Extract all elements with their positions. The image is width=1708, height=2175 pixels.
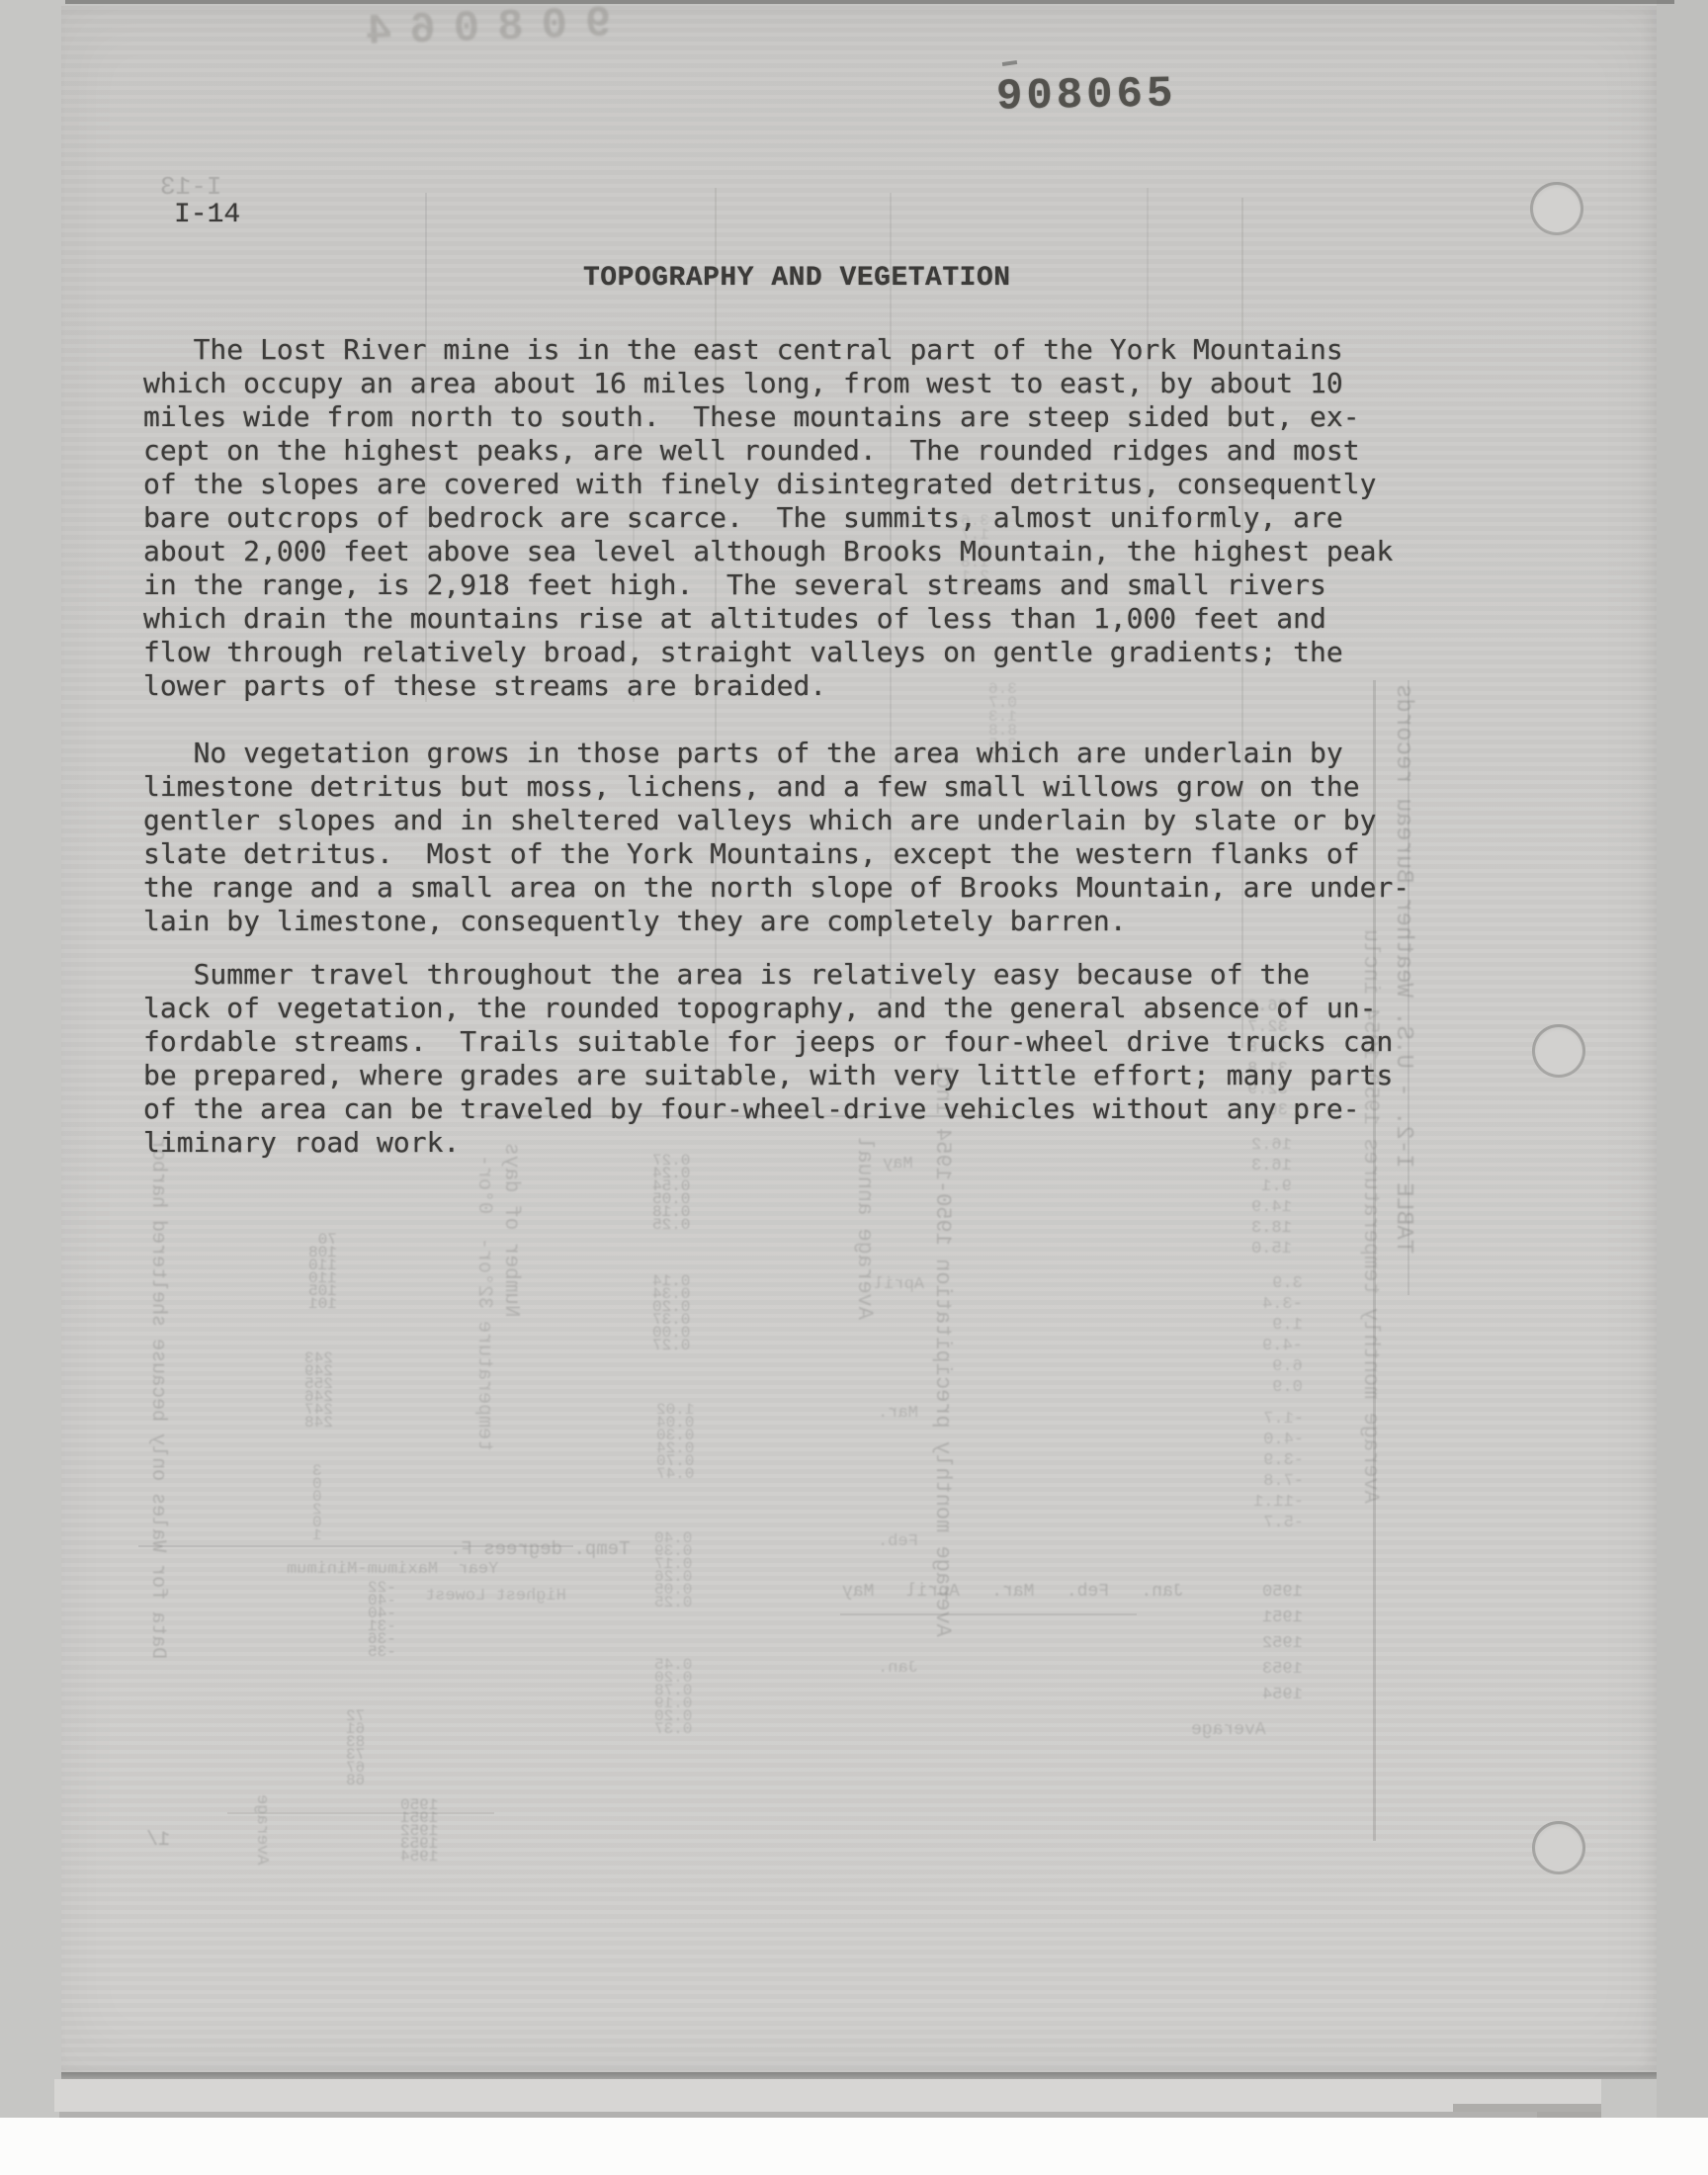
page-title: TOPOGRAPHY AND VEGETATION bbox=[583, 263, 1011, 294]
bleedthrough-fragment: Highest Lowest bbox=[425, 1587, 566, 1606]
bleedthrough-fragment: Data for Wales only because sheltered ha… bbox=[146, 1137, 169, 1659]
bleedthrough-fragment: -22 -40 -40 -31 -36 -35 bbox=[368, 1582, 396, 1659]
bleedthrough-fragment: 3 0 0 2 0 1 bbox=[312, 1465, 322, 1542]
scan-margin-bottom bbox=[0, 2118, 1708, 2175]
bleedthrough-fragment: 70 108 110 110 105 101 bbox=[308, 1234, 337, 1311]
scanned-document-screenshot: { "document": { "page_number": "I-14", "… bbox=[0, 0, 1708, 2175]
bleedthrough-fragment: Number of days bbox=[499, 1143, 522, 1317]
bleedthrough-fragment: 0.45 0.20 0.78 0.19 0.20 0.37 bbox=[654, 1659, 692, 1736]
bleedthrough-fragment: 0.40 0.39 0.17 0.26 0.05 0.25 bbox=[654, 1532, 692, 1609]
hole-punch-bottom bbox=[1532, 1821, 1585, 1874]
bleedthrough-stamp-number: 908064 bbox=[347, 0, 612, 58]
bleedthrough-fragment: 1950 1951 1952 1953 1954 bbox=[1262, 1580, 1303, 1708]
archive-stamp-number: 908065 bbox=[996, 69, 1177, 122]
page-bottom-edge bbox=[61, 2072, 1657, 2079]
bleedthrough-fragment: 72 61 83 73 67 68 bbox=[346, 1710, 365, 1787]
bleedthrough-fragment: Feb. bbox=[878, 1532, 918, 1551]
bleedthrough-fragment: Temp. degrees F. bbox=[450, 1538, 630, 1560]
bleedthrough-fragment: 1950 1951 1952 1953 1954 bbox=[400, 1799, 438, 1864]
bleedthrough-fragment: Year Maximum-Minimum bbox=[287, 1560, 498, 1579]
page-number: I-14 bbox=[174, 200, 240, 230]
bleedthrough-fragment: 0.27 0.24 0.54 0.05 0.18 0.25 bbox=[652, 1155, 690, 1232]
bleedthrough-fragment: Mar. bbox=[878, 1404, 918, 1423]
bleedthrough-fragment: 3.9 -3.4 1.9 -4.9 6.9 0.9 bbox=[1262, 1273, 1303, 1398]
paragraph-topography-1: The Lost River mine is in the east centr… bbox=[143, 333, 1393, 703]
bleedthrough-fragment: Average bbox=[1191, 1720, 1266, 1740]
bleedthrough-fragment: 243 249 255 246 247 248 bbox=[304, 1352, 333, 1430]
bleedthrough-fragment: Average bbox=[252, 1794, 271, 1865]
bleedthrough-fragment: temperature 32°or- 0°or- bbox=[472, 1155, 495, 1451]
hole-punch-top bbox=[1530, 182, 1583, 235]
hole-punch-middle bbox=[1532, 1024, 1585, 1078]
bleedthrough-fragment: -1.7 -4.0 -3.9 -7.8 -11.1 -5.7 bbox=[1253, 1409, 1304, 1533]
bleedthrough-fragment: 1/ bbox=[146, 1829, 170, 1852]
paragraph-summer-travel: Summer travel throughout the area is rel… bbox=[143, 958, 1393, 1160]
bleedthrough-fragment: April bbox=[874, 1275, 924, 1294]
underlying-sheet bbox=[54, 2079, 1601, 2112]
scan-top-edge bbox=[65, 0, 1674, 4]
scanner-bed-right bbox=[1657, 0, 1708, 2122]
bleedthrough-fragment: Jan. Feb. Mar. April May bbox=[842, 1582, 1184, 1602]
bleedthrough-fragment: Jan. bbox=[878, 1659, 918, 1678]
bleedthrough-fragment: 1.02 0.04 0.30 0.24 0.70 0.47 bbox=[656, 1404, 694, 1481]
bleedthrough-page-number: I-13 bbox=[160, 172, 221, 202]
paragraph-vegetation: No vegetation grows in those parts of th… bbox=[143, 737, 1409, 938]
bleedthrough-fragment: 0.14 0.34 0.20 0.37 0.00 0.27 bbox=[652, 1275, 690, 1352]
